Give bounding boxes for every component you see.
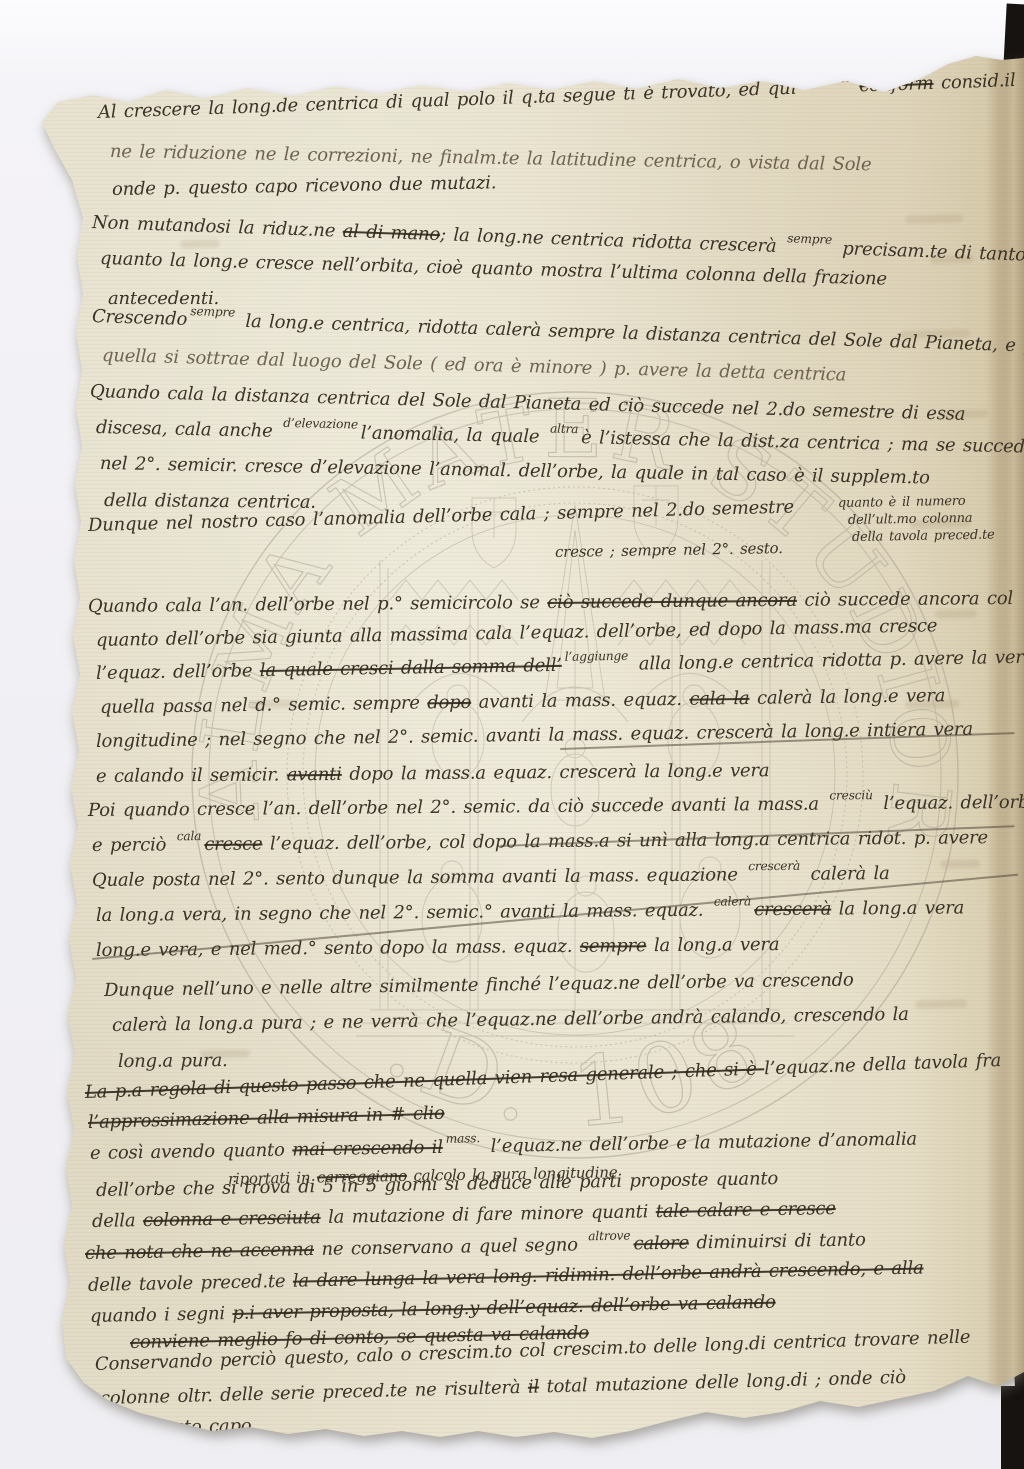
struck-text: colonna e cresciuta [143,1207,321,1231]
manuscript-line: della tavola preced.te [852,529,995,544]
handwritten-text: per questo capo [104,1415,252,1439]
handwritten-text: Quando cala l’an. dell’orbe nel p.° semi… [88,592,547,617]
handwritten-text: la long.a vera [831,897,964,919]
struck-text: cresce [204,834,262,856]
handwritten-text: dopo la mass.a equaz. crescerà la long.e… [342,760,770,785]
manuscript-line: dell’ult.mo colonna [848,512,973,527]
interlinear-insertion: l’aggiunge [562,648,632,663]
handwritten-text: dell’ult.mo colonna [848,511,973,528]
interlinear-insertion: sempre [187,304,238,320]
interlinear-insertion: altrove [585,1228,633,1243]
paper-sheet-wrap: ALMA MATER STUDIORUM A.D. 1088 [0,0,1024,1469]
handwritten-text: l’equaz. dell’orbe [876,792,1024,814]
struck-text: che nota che ne accenna [85,1239,314,1264]
interlinear-insertion: sempre [784,231,835,247]
interlinear-insertion: mass. [443,1131,484,1146]
handwritten-text: quanto è il numero [838,494,966,511]
handwritten-text: della [92,1210,143,1232]
struck-text: avanti [287,764,342,785]
handwritten-text: quando i segni [90,1303,233,1327]
handwritten-text: diminuirsi di tanto [689,1229,866,1253]
handwritten-text: e perciò [92,834,174,856]
handwritten-text: avanti la mass. equaz. [471,689,689,713]
handwritten-text: discesa, cala anche [96,417,280,442]
handwritten-text: Crescendo [92,306,188,330]
handwritten-text: long.a pura. [118,1050,228,1072]
manuscript-scan-page: ALMA MATER STUDIORUM A.D. 1088 [0,0,1024,1469]
struck-text: mai crescendo il [292,1137,443,1161]
struck-text: al di mano [342,221,440,245]
manuscript-line: per questo capo [104,1417,252,1438]
struck-text: conform [859,73,934,97]
interlinear-insertion: cala [174,829,205,843]
handwritten-text: l’anomalia, la quale [361,423,548,448]
handwritten-text: ciò succede ancora col [797,588,1013,611]
struck-text: ciò succede dunque ancora [547,590,797,613]
handwritten-text: consid.il istand. [933,68,1024,94]
struck-text: cala la [689,688,749,710]
interlinear-insertion: muovesi [803,70,859,86]
handwritten-text: calerà la [803,863,890,885]
interlinear-insertion: crescerà [745,858,803,873]
struck-text: tale calare e cresce [656,1198,836,1222]
handwritten-text: la long.a vera [646,934,779,956]
paper-sheet: ALMA MATER STUDIORUM A.D. 1088 [0,0,1024,1469]
manuscript-line: cresce ; sempre nel 2°. sesto. [555,541,783,560]
handwritten-text: delle tavole preced.te [88,1271,293,1296]
handwritten-text: long.e vera, e nel med.° sento dopo la m… [96,936,580,961]
handwritten-text: e così avendo quanto [90,1139,293,1164]
manuscript-line: long.a pura. [118,1052,228,1071]
manuscript-line: quanto è il numero [838,495,966,510]
struck-text: dopo [427,692,471,714]
handwritten-text: l’equaz. dell’orbe [96,660,260,684]
handwritten-text: della tavola preced.te [852,528,995,545]
struck-text: calore [633,1232,689,1254]
struck-text: il [528,1377,540,1398]
interlinear-insertion: d’elevazione [280,415,361,431]
struck-text: sempre [580,935,647,957]
interlinear-insertion: cresciù [826,788,876,802]
handwritten-text: calerà la long.e vera [749,685,945,709]
interlinear-insertion: altra [547,421,582,436]
struck-text: crescerà [754,899,831,921]
handwritten-text: e calando il semicir. [96,764,287,787]
